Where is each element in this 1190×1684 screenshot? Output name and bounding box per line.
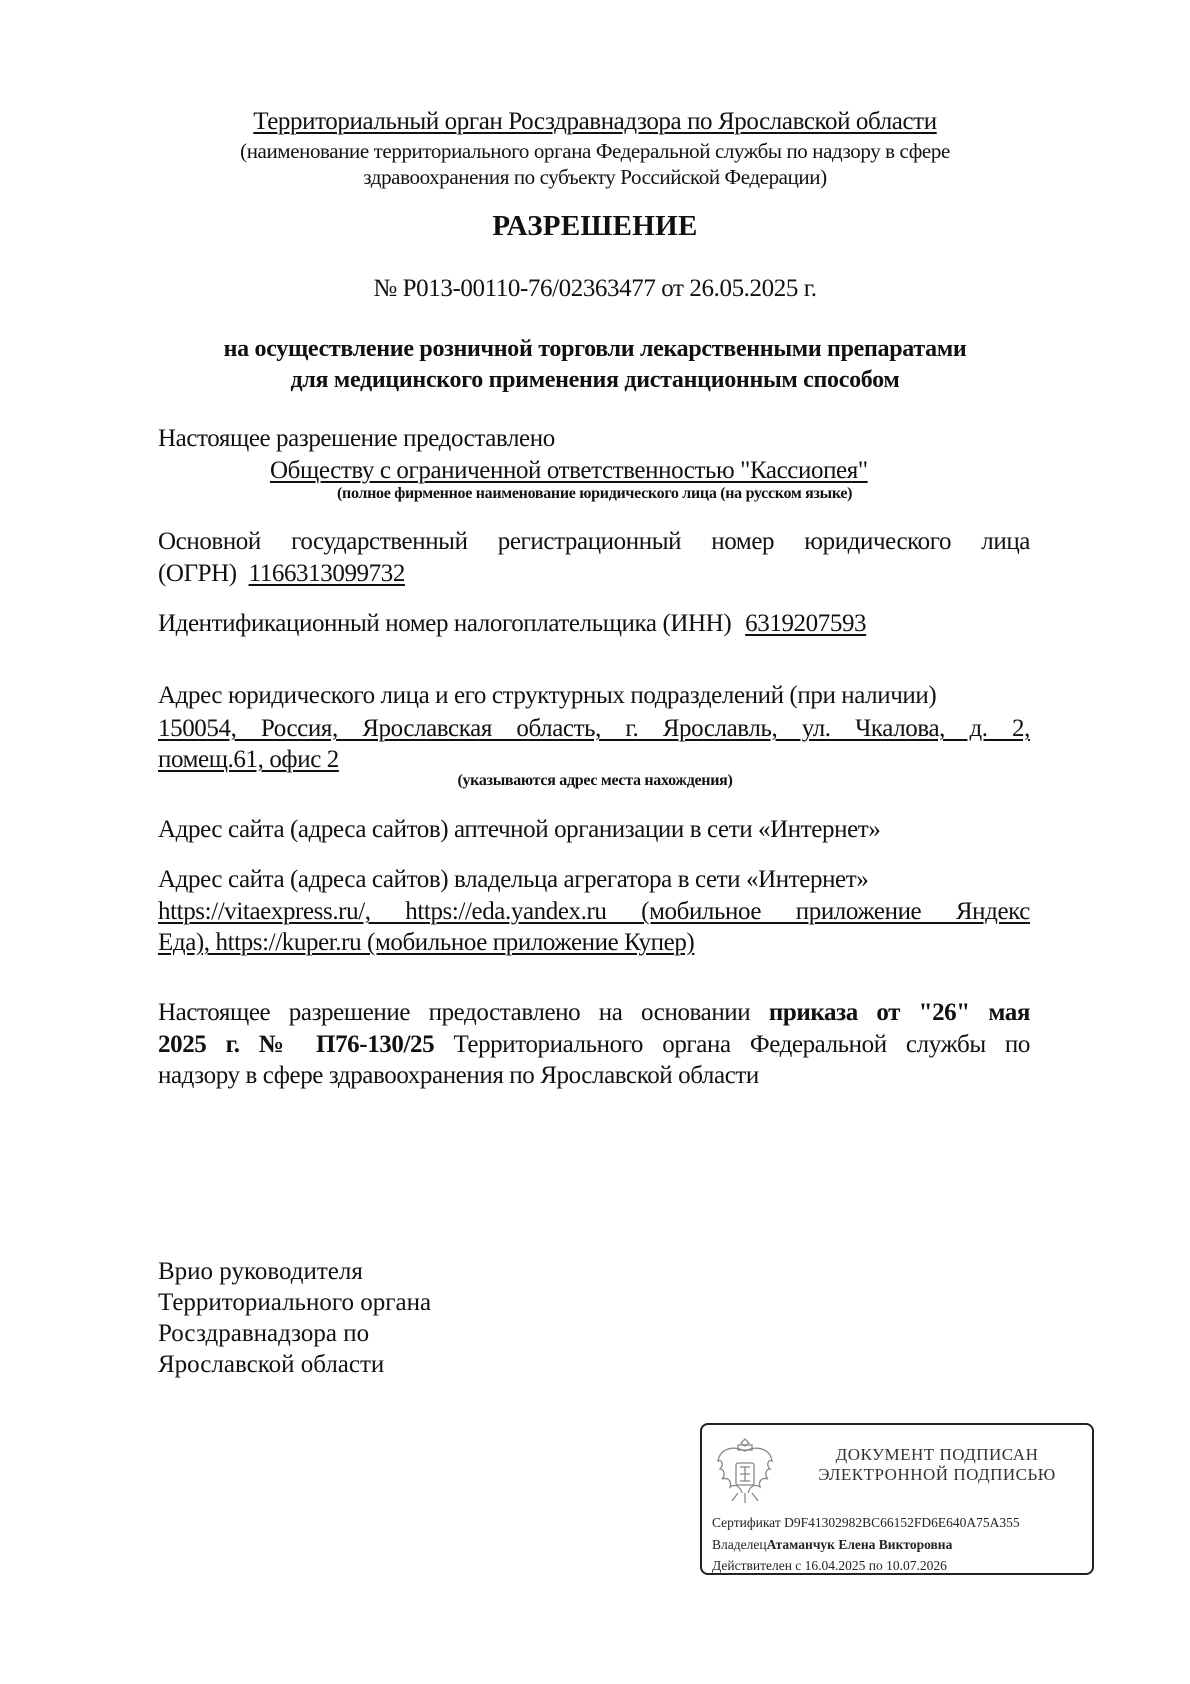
electronic-signature-stamp: ДОКУМЕНТ ПОДПИСАН ЭЛЕКТРОННОЙ ПОДПИСЬЮ С…	[700, 1423, 1094, 1575]
ogrn-line: (ОГРН) 1166313099732	[158, 558, 405, 590]
aggregator-site-value-line2[interactable]: Еда), https://kuper.ru (мобильное прилож…	[158, 927, 694, 959]
authority-name-line: Территориальный орган Росздравнадзора по…	[0, 106, 1190, 138]
aggregator-site-label: Адрес сайта (адреса сайтов) владельца аг…	[158, 864, 868, 896]
signatory-line1: Врио руководителя	[158, 1256, 431, 1287]
basis-line1: Настоящее разрешение предоставлено на ос…	[158, 997, 1030, 1029]
ogrn-value: 1166313099732	[249, 560, 405, 587]
ogrn-prefix: (ОГРН)	[158, 560, 237, 587]
basis-line1-text: Настоящее разрешение предоставлено на ос…	[158, 999, 769, 1026]
authority-caption-line2: здравоохранения по субъекту Российской Ф…	[0, 164, 1190, 190]
document-title: РАЗРЕШЕНИЕ	[0, 210, 1190, 243]
basis-order-number: 2025 г. № П76-130/25	[158, 1031, 434, 1058]
basis-order-date: приказа от "26" мая	[769, 999, 1030, 1026]
owner-label: Владелец	[712, 1537, 767, 1552]
document-subject: на осуществление розничной торговли лека…	[0, 334, 1190, 396]
authority-caption: (наименование территориального органа Фе…	[0, 138, 1190, 190]
authority-name: Территориальный орган Росздравнадзора по…	[247, 108, 942, 135]
stamp-title-line2: ЭЛЕКТРОННОЙ ПОДПИСЬЮ	[802, 1465, 1072, 1485]
pharmacy-site-label: Адрес сайта (адреса сайтов) аптечной орг…	[158, 814, 880, 846]
stamp-validity: Действителен с 16.04.2025 по 10.07.2026	[712, 1558, 947, 1574]
signatory-line4: Ярославской области	[158, 1349, 431, 1380]
signatory-line2: Территориального органа	[158, 1287, 431, 1318]
signatory-block: Врио руководителя Территориального орган…	[158, 1256, 431, 1380]
basis-line3: надзору в сфере здравоохранения по Яросл…	[158, 1060, 759, 1092]
stamp-title-line1: ДОКУМЕНТ ПОДПИСАН	[802, 1445, 1072, 1465]
owner-value: Атаманчук Елена Викторовна	[767, 1537, 953, 1552]
inn-label: Идентификационный номер налогоплательщик…	[158, 610, 731, 637]
inn-line: Идентификационный номер налогоплательщик…	[158, 608, 866, 640]
grantee-name-caption: (полное фирменное наименование юридическ…	[337, 485, 852, 503]
grantee-intro: Настоящее разрешение предоставлено	[158, 423, 555, 455]
stamp-owner: ВладелецАтаманчук Елена Викторовна	[712, 1537, 952, 1553]
inn-value: 6319207593	[745, 610, 866, 637]
subject-line1: на осуществление розничной торговли лека…	[0, 334, 1190, 365]
address-value-line1: 150054, Россия, Ярославская область, г. …	[158, 713, 1030, 745]
subject-line2: для медицинского применения дистанционны…	[0, 365, 1190, 396]
signatory-line3: Росздравнадзора по	[158, 1318, 431, 1349]
authority-caption-line1: (наименование территориального органа Фе…	[0, 138, 1190, 164]
ogrn-label: Основной государственный регистрационный…	[158, 526, 1030, 558]
stamp-certificate: Сертификат D9F41302982BC66152FD6E640A75A…	[712, 1515, 1020, 1531]
grantee-name: Обществу с ограниченной ответственностью…	[270, 455, 868, 487]
address-label: Адрес юридического лица и его структурны…	[158, 680, 936, 712]
address-caption: (указываются адрес места нахождения)	[0, 772, 1190, 790]
coat-of-arms-icon	[714, 1435, 776, 1507]
stamp-title: ДОКУМЕНТ ПОДПИСАН ЭЛЕКТРОННОЙ ПОДПИСЬЮ	[802, 1445, 1072, 1485]
document-number: № Р013-00110-76/02363477 от 26.05.2025 г…	[0, 273, 1190, 305]
certificate-label: Сертификат	[712, 1515, 781, 1530]
aggregator-site-value-line1[interactable]: https://vitaexpress.ru/, https://eda.yan…	[158, 896, 1030, 928]
basis-line2: 2025 г. № П76-130/25 Территориального ор…	[158, 1029, 1030, 1061]
basis-line2-text: Территориального органа Федеральной служ…	[434, 1031, 1030, 1058]
certificate-value: D9F41302982BC66152FD6E640A75A355	[784, 1515, 1020, 1530]
